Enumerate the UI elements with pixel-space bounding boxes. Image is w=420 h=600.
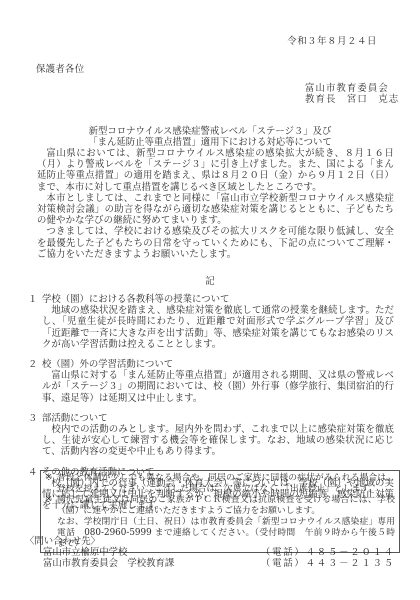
body-paragraph: 富山県においては、新型コロナウイルス感染症の感染拡大が続き、８月１６日（月）より… [37, 148, 394, 193]
sender-block: 富山市教育委員会 教育長 宮口 克志 [305, 83, 399, 105]
asterisk-mark-icon: ※ [45, 495, 57, 517]
contact-section: 〈問い合わせ先〉 富山市立楡原中学校 （電話）４８５－２０１４ 富山市教育委員会… [25, 536, 395, 570]
list-item: ３ 部活動について 校内での活動のみとします。屋内外を問わず、これまで以上に感染… [28, 413, 394, 458]
contact-name: 富山市教育委員会 学校教育課 [43, 558, 174, 569]
document-date: 令和３年８月２４日 [287, 36, 377, 47]
note: ※ 普段と体調が少しでも異なる場合や、同居のご家族に同様の症状がみられる場合は、… [45, 473, 395, 495]
note-text: 園児児童生徒又は同居のご家族がＰＣＲ検査又は抗原検査を受ける場合には、学校（園）… [57, 495, 395, 517]
item-text: 富山県に対する「まん延防止等重点措置」が適用される期間、又は県の警戒レベルが「ス… [42, 370, 394, 404]
contact-phone: （電話）４８５－２０１４ [261, 547, 395, 558]
sender-official: 教育長 宮口 克志 [305, 94, 399, 105]
asterisk-mark-icon: ※ [45, 473, 57, 495]
list-item: ２ 校（園）外の学習活動について 富山県に対する「まん延防止等重点措置」が適用さ… [28, 359, 394, 404]
ki-heading: 記 [0, 276, 420, 287]
item-number: １ [28, 294, 42, 305]
item-text: 校内での活動のみとします。屋内外を問わず、これまで以上に感染症対策を徹底し、生徒… [42, 424, 394, 458]
document-title: 新型コロナウイルス感染症警戒レベル「ステージ３」及び 「まん延防止等重点措置」適… [0, 126, 420, 148]
item-text: 地域の感染状況を踏まえ、感染症対策を徹底して通常の授業を継続します。ただし、「児… [42, 305, 394, 350]
contact-entry: 富山市教育委員会 学校教育課 （電話）４４３－２１３５ [25, 558, 395, 569]
body-text: 富山県においては、新型コロナウイルス感染症の感染拡大が続き、８月１６日（月）より… [37, 148, 394, 260]
item-heading: 校（園）外の学習活動について [42, 359, 173, 370]
note-text: 普段と体調が少しでも異なる場合や、同居のご家族に同様の症状がみられる場合は、登校… [57, 473, 395, 495]
body-paragraph: 本市としましては、これまでと同様に「富山市立学校新型コロナウイルス感染症対策検討… [37, 193, 394, 227]
body-paragraph: つきましては、学校における感染及びその拡大リスクを可能な限り低減し、安全を最優先… [37, 226, 394, 260]
contact-entry: 富山市立楡原中学校 （電話）４８５－２０１４ [25, 547, 395, 558]
item-heading: 学校（園）における各教科等の授業について [42, 294, 229, 305]
item-number: ３ [28, 413, 42, 424]
contact-name: 富山市立楡原中学校 [43, 547, 127, 558]
contact-label: 〈問い合わせ先〉 [25, 536, 395, 547]
sender-organization: 富山市教育委員会 [305, 83, 399, 94]
addressee: 保護者各位 [36, 64, 84, 75]
note: ※ 園児児童生徒又は同居のご家族がＰＣＲ検査又は抗原検査を受ける場合には、学校（… [45, 495, 395, 517]
item-number: ２ [28, 359, 42, 370]
title-line-2: 「まん延防止等重点措置」適用下における対応等について [0, 137, 420, 148]
list-item: １ 学校（園）における各教科等の授業について 地域の感染状況を踏まえ、感染症対策… [28, 294, 394, 350]
title-line-1: 新型コロナウイルス感染症警戒レベル「ステージ３」及び [0, 126, 420, 137]
contact-phone: （電話）４４３－２１３５ [261, 558, 395, 569]
item-heading: 部活動について [42, 413, 107, 424]
